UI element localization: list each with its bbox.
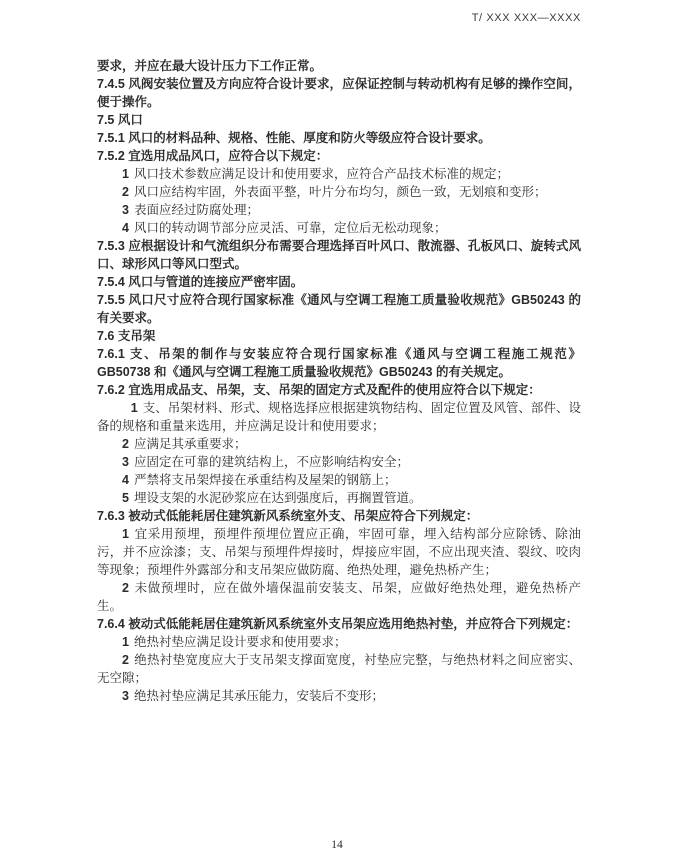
list-item-text: 绝热衬垫应满足其承压能力，安装后不变形； (134, 689, 384, 703)
clause-7-4-5: 7.4.5 风阀安装位置及方向应符合设计要求，应保证控制与转动机构有足够的操作空… (97, 75, 581, 111)
list-item-number: 4 (122, 473, 134, 487)
list-item-text: 应固定在可靠的建筑结构上，不应影响结构安全； (134, 455, 409, 469)
list-item-number: 2 (122, 653, 134, 667)
list-item-text: 风口技术参数应满足设计和使用要求，应符合产品技术标准的规定； (134, 167, 509, 181)
list-item-text: 风口应结构牢固，外表面平整，叶片分布均匀，颜色一致，无划痕和变形； (134, 185, 547, 199)
list-item: 1绝热衬垫应满足设计要求和使用要求； (97, 633, 581, 651)
clause-7-6-1: 7.6.1 支、吊架的制作与安装应符合现行国家标准《通风与空调工程施工规范》GB… (97, 345, 581, 381)
list-item: 4风口的转动调节部分应灵活、可靠，定位后无松动现象； (97, 219, 581, 237)
list-item: 1宜采用预埋，预埋件预埋位置应正确，牢固可靠，埋入结构部分应除锈、除油污，并不应… (97, 525, 581, 579)
list-item-text: 支、吊架材料、形式、规格选择应根据建筑物结构、固定位置及风管、部件、设备的规格和… (97, 401, 581, 433)
list-item-number: 2 (122, 581, 134, 595)
list-item-text: 宜采用预埋，预埋件预埋位置应正确，牢固可靠，埋入结构部分应除锈、除油污，并不应涂… (97, 527, 581, 577)
list-item-text: 应满足其承重要求； (134, 437, 247, 451)
list-item-number: 2 (122, 185, 134, 199)
list-item-text: 未做预埋时，应在做外墙保温前安装支、吊架，应做好绝热处理，避免热桥产生。 (97, 581, 581, 613)
list-item-number: 1 (122, 167, 134, 181)
clause-7-5-5: 7.5.5 风口尺寸应符合现行国家标准《通风与空调工程施工质量验收规范》GB50… (97, 291, 581, 327)
list-item-number: 1 (131, 401, 143, 415)
clause-7-6-4: 7.6.4 被动式低能耗居住建筑新风系统室外支吊架应选用绝热衬垫，并应符合下列规… (97, 615, 581, 633)
document-body: 要求，并应在最大设计压力下工作正常。 7.4.5 风阀安装位置及方向应符合设计要… (97, 57, 581, 705)
list-item-number: 3 (122, 455, 134, 469)
clause-7-5-1: 7.5.1 风口的材料品种、规格、性能、厚度和防火等级应符合设计要求。 (97, 129, 581, 147)
list-item: 2应满足其承重要求； (97, 435, 581, 453)
clause-7-6-2: 7.6.2 宜选用成品支、吊架，支、吊架的固定方式及配件的使用应符合以下规定： (97, 381, 581, 399)
clause-7-4-4-continuation: 要求，并应在最大设计压力下工作正常。 (97, 57, 581, 75)
clause-7-5-2: 7.5.2 宜选用成品风口，应符合以下规定： (97, 147, 581, 165)
list-item: 3表面应经过防腐处理； (97, 201, 581, 219)
list-item-number: 3 (122, 203, 134, 217)
list-item: 3应固定在可靠的建筑结构上，不应影响结构安全； (97, 453, 581, 471)
list-item-number: 1 (122, 635, 134, 649)
clause-7-5-4: 7.5.4 风口与管道的连接应严密牢固。 (97, 273, 581, 291)
list-item-text: 埋设支架的水泥砂浆应在达到强度后，再搁置管道。 (134, 491, 422, 505)
document-code-header: T/ XXX XXX—XXXX (472, 12, 581, 24)
page-number: 14 (0, 839, 674, 851)
list-item-number: 4 (122, 221, 134, 235)
list-item: 3绝热衬垫应满足其承压能力，安装后不变形； (97, 687, 581, 705)
list-item: 1风口技术参数应满足设计和使用要求，应符合产品技术标准的规定； (97, 165, 581, 183)
list-item: 2未做预埋时，应在做外墙保温前安装支、吊架，应做好绝热处理，避免热桥产生。 (97, 579, 581, 615)
list-item-text: 绝热衬垫宽度应大于支吊架支撑面宽度，衬垫应完整，与绝热材料之间应密实、无空隙； (97, 653, 581, 685)
document-page: T/ XXX XXX—XXXX 要求，并应在最大设计压力下工作正常。 7.4.5… (0, 0, 674, 863)
clause-7-6-3: 7.6.3 被动式低能耗居住建筑新风系统室外支、吊架应符合下列规定： (97, 507, 581, 525)
list-item: 2风口应结构牢固，外表面平整，叶片分布均匀，颜色一致，无划痕和变形； (97, 183, 581, 201)
list-item: 5埋设支架的水泥砂浆应在达到强度后，再搁置管道。 (97, 489, 581, 507)
list-item-number: 3 (122, 689, 134, 703)
list-item-text: 绝热衬垫应满足设计要求和使用要求； (134, 635, 347, 649)
list-item-text: 严禁将支吊架焊接在承重结构及屋架的钢筋上； (134, 473, 397, 487)
section-heading-7-5: 7.5 风口 (97, 111, 581, 129)
list-item-number: 5 (122, 491, 134, 505)
list-item-number: 2 (122, 437, 134, 451)
section-heading-7-6: 7.6 支吊架 (97, 327, 581, 345)
list-item-number: 1 (122, 527, 134, 541)
list-item: 1支、吊架材料、形式、规格选择应根据建筑物结构、固定位置及风管、部件、设备的规格… (97, 399, 581, 435)
clause-7-5-3: 7.5.3 应根据设计和气流组织分布需要合理选择百叶风口、散流器、孔板风口、旋转… (97, 237, 581, 273)
list-item: 2绝热衬垫宽度应大于支吊架支撑面宽度，衬垫应完整，与绝热材料之间应密实、无空隙； (97, 651, 581, 687)
list-item: 4严禁将支吊架焊接在承重结构及屋架的钢筋上； (97, 471, 581, 489)
list-item-text: 表面应经过防腐处理； (134, 203, 259, 217)
list-item-text: 风口的转动调节部分应灵活、可靠，定位后无松动现象； (134, 221, 447, 235)
